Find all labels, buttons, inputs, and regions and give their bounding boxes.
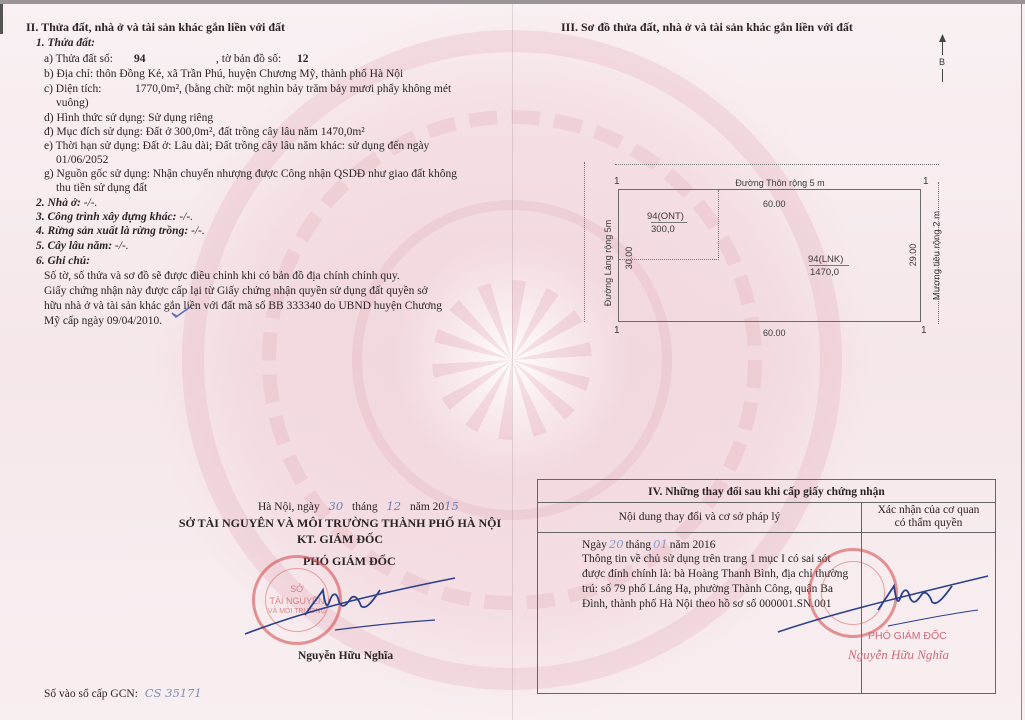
left-edge-mark — [0, 4, 3, 34]
corner-label: 1 — [923, 175, 929, 189]
parcel-bottom-edge — [618, 321, 920, 322]
note-line: hữu nhà ở và tài sản khác gắn liền với đ… — [44, 299, 442, 313]
on-behalf-of: KT. GIÁM ĐỐC — [170, 532, 510, 546]
checkmark-icon — [170, 305, 192, 319]
changes-table-title: IV. Những thay đổi sau khi cấp giấy chứn… — [538, 485, 995, 499]
note-line: Giấy chứng nhận này được cấp lại từ Giấy… — [44, 284, 428, 298]
parcel-left-edge — [618, 189, 619, 322]
area-label: c) Diện tích: — [44, 82, 101, 96]
bottom-length: 60.00 — [763, 326, 786, 340]
signer-name: Nguyễn Hữu Nghĩa — [298, 649, 393, 663]
corner-label: 1 — [921, 324, 927, 338]
ont-boundary-horizontal — [619, 259, 719, 260]
planted-forest-row: 4. Rừng sản xuất là rừng trồng: -/-. — [36, 224, 205, 238]
col-confirm-header-line2: có thẩm quyền — [862, 516, 995, 530]
entry-year: năm 2016 — [670, 539, 716, 551]
north-label: B — [939, 55, 945, 69]
issue-date: Hà Nội, ngày 30 tháng 12 năm 2015 — [258, 499, 459, 514]
left-length: 30.00 — [624, 238, 634, 278]
issue-month-label: tháng — [352, 501, 378, 513]
corner-label: 1 — [614, 175, 620, 189]
usage-term: e) Thời hạn sử dụng: Đất ở: Lâu dài; Đất… — [44, 139, 429, 153]
right-length: 29.00 — [908, 235, 918, 275]
registry-label: Số vào sổ cấp GCN: — [44, 688, 138, 700]
usage-origin: g) Nguồn gốc sử dụng: Nhận chuyển nhượng… — [44, 167, 457, 181]
usage-purpose: đ) Mục đích sử dụng: Đất ở 300,0m², đất … — [44, 125, 365, 139]
map-sheet-value: 12 — [297, 52, 309, 66]
top-length: 60.00 — [763, 197, 786, 211]
registry-value: CS 35171 — [145, 686, 202, 700]
changes-table: IV. Những thay đổi sau khi cấp giấy chứn… — [537, 479, 996, 694]
col-confirm-header-line1: Xác nhận của cơ quan — [862, 503, 995, 517]
changes-table-header-row: Nội dung thay đổi và cơ sở pháp lý Xác n… — [538, 502, 995, 533]
lnk-area: 1470,0 — [810, 266, 839, 280]
change-entry-line: Thông tin về chủ sử dụng trên trang 1 mụ… — [582, 552, 831, 566]
issue-year-suffix: 15 — [444, 499, 459, 513]
ont-area: 300,0 — [651, 223, 675, 237]
entry-day: 20 — [607, 537, 626, 551]
confirm-position: PHÓ GIÁM ĐỐC — [868, 629, 947, 643]
map-sheet-label: , tờ bản đồ số: — [216, 52, 281, 66]
planted-forest-label: 4. Rừng sản xuất là rừng trồng: — [36, 225, 188, 237]
issuing-agency: SỞ TÀI NGUYÊN VÀ MÔI TRƯỜNG THÀNH PHỐ HÀ… — [170, 516, 510, 530]
area-value: 1770,0m², (bằng chữ: một nghìn bảy trăm … — [135, 82, 451, 96]
other-construction-value: -/-. — [179, 211, 193, 223]
issue-day: 30 — [323, 499, 350, 513]
col-content-header: Nội dung thay đổi và cơ sở pháp lý — [538, 510, 861, 524]
notes-heading: 6. Ghi chú: — [36, 254, 90, 268]
change-entry-date: Ngày20tháng01năm 2016 — [582, 537, 715, 552]
perennial-row: 5. Cây lâu năm: -/-. — [36, 239, 129, 253]
parcel-right-edge — [920, 189, 921, 322]
usage-form: d) Hình thức sử dụng: Sử dụng riêng — [44, 111, 213, 125]
confirm-signer: Nguyễn Hữu Nghĩa — [848, 648, 949, 662]
parcel-number-value: 94 — [134, 52, 146, 66]
handwritten-signature-icon — [235, 570, 465, 640]
house-row: 2. Nhà ở: -/-. — [36, 196, 97, 210]
area-value-cont: vuông) — [56, 96, 89, 110]
section-iii-title: III. Sơ đồ thửa đất, nhà ở và tài sản kh… — [561, 20, 853, 34]
changes-table-title-row: IV. Những thay đổi sau khi cấp giấy chứn… — [538, 480, 995, 503]
entry-date-prefix: Ngày — [582, 539, 607, 551]
note-line: Số tờ, số thửa và sơ đồ sẽ được điều chỉ… — [44, 269, 400, 283]
perennial-value: -/-. — [115, 240, 129, 252]
usage-term-cont: 01/06/2052 — [56, 153, 108, 167]
right-border — [1021, 4, 1022, 720]
top-road-boundary — [615, 164, 939, 165]
left-road-boundary — [584, 162, 585, 322]
perennial-label: 5. Cây lâu năm: — [36, 240, 112, 252]
left-road-label: Đường Láng rộng 5m — [603, 203, 613, 323]
top-road-label: Đường Thôn rộng 5 m — [700, 176, 860, 190]
planted-forest-value: -/-. — [191, 225, 205, 237]
note-line: Mỹ cấp ngày 09/04/2010. — [44, 314, 162, 328]
issue-year-label: năm 20 — [410, 501, 444, 513]
entry-month: 01 — [651, 537, 670, 551]
other-construction-row: 3. Công trình xây dựng khác: -/-. — [36, 210, 193, 224]
other-construction-label: 3. Công trình xây dựng khác: — [36, 211, 176, 223]
page-fold — [512, 0, 513, 720]
parcel-heading: 1. Thửa đất: — [36, 36, 95, 50]
registry-number: Số vào sổ cấp GCN: CS 35171 — [44, 686, 202, 701]
right-canal-label: Mương tiêu rộng 2 m — [932, 191, 943, 321]
ont-boundary-vertical — [718, 190, 719, 260]
issue-date-prefix: Hà Nội, ngày — [258, 501, 320, 513]
house-value: -/-. — [84, 197, 98, 209]
house-label: 2. Nhà ở: — [36, 197, 81, 209]
entry-month-label: tháng — [626, 539, 652, 551]
parcel-number-label: a) Thửa đất số: — [44, 52, 113, 66]
usage-origin-cont: thu tiền sử dụng đất — [56, 181, 147, 195]
address-line: b) Địa chỉ: thôn Đồng Kẻ, xã Trần Phú, h… — [44, 67, 403, 81]
corner-label: 1 — [614, 324, 620, 338]
issue-month: 12 — [380, 499, 407, 513]
section-ii-title: II. Thửa đất, nhà ở và tài sản khác gắn … — [26, 20, 285, 34]
